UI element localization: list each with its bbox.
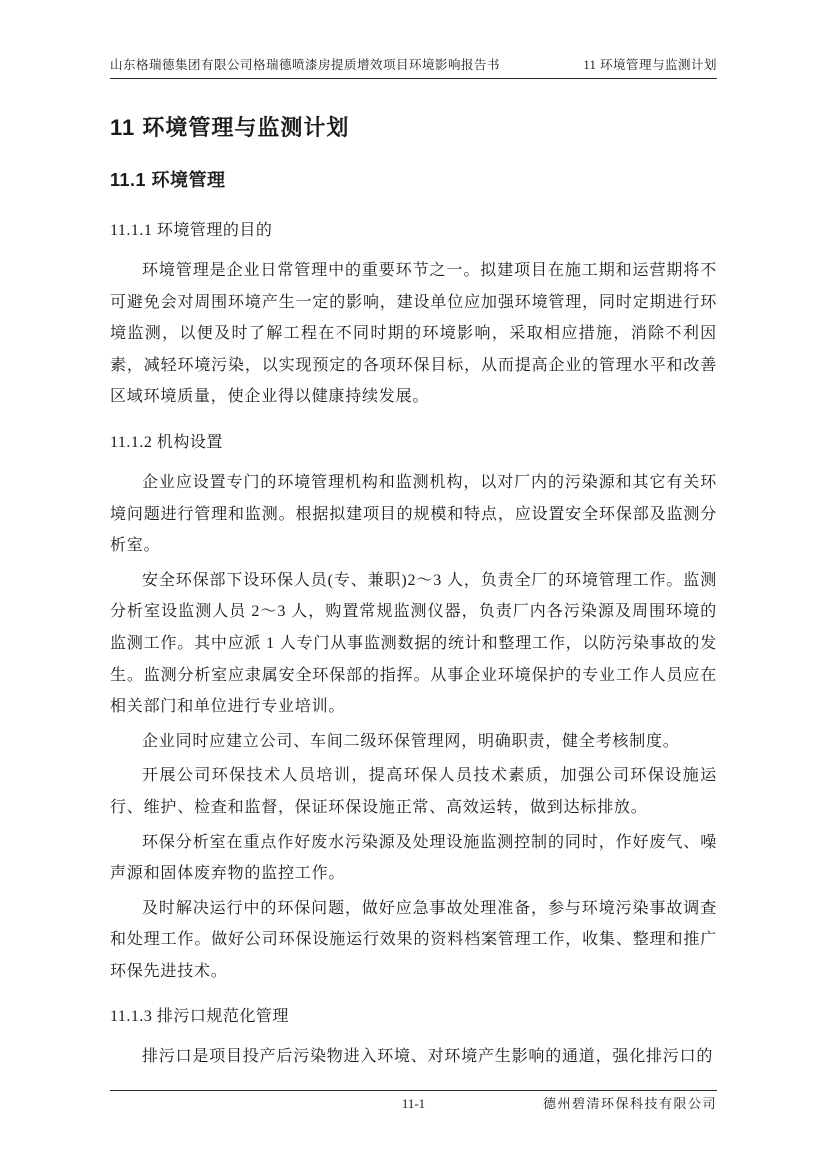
header-report-title: 山东格瑞德集团有限公司格瑞德喷漆房提质增效项目环境影响报告书 xyxy=(110,57,500,73)
paragraph-org-setup-1: 企业应设置专门的环境管理机构和监测机构，以对厂内的污染源和其它有关环境问题进行管… xyxy=(110,467,717,562)
subsection-heading-11-1-1: 11.1.1 环境管理的目的 xyxy=(110,220,717,242)
section-title-11-1: 11.1 环境管理 xyxy=(110,167,717,193)
page-content: 山东格瑞德集团有限公司格瑞德喷漆房提质增效项目环境影响报告书 11 环境管理与监… xyxy=(110,57,717,1076)
header-chapter-label: 11 环境管理与监测计划 xyxy=(583,57,717,73)
paragraph-environment-management-purpose: 环境管理是企业日常管理中的重要环节之一。拟建项目在施工期和运营期将不可避免会对周… xyxy=(110,255,717,413)
footer-company-name: 德州碧清环保科技有限公司 xyxy=(543,1095,717,1112)
paragraph-org-setup-2: 安全环保部下设环保人员(专、兼职)2～3 人，负责全厂的环境管理工作。监测分析室… xyxy=(110,565,717,723)
paragraph-outfall-management: 排污口是项目投产后污染物进入环境、对环境产生影响的通道，强化排污口的 xyxy=(110,1041,717,1073)
paragraph-org-setup-3: 企业同时应建立公司、车间二级环保管理网，明确职责，健全考核制度。 xyxy=(110,726,717,758)
report-page: 山东格瑞德集团有限公司格瑞德喷漆房提质增效项目环境影响报告书 11 环境管理与监… xyxy=(0,0,827,1169)
subsection-heading-11-1-2: 11.1.2 机构设置 xyxy=(110,432,717,454)
paragraph-org-setup-6: 及时解决运行中的环保问题，做好应急事故处理准备，参与环境污染事故调查和处理工作。… xyxy=(110,893,717,988)
footer-page-number: 11-1 xyxy=(402,1096,425,1111)
subsection-heading-11-1-3: 11.1.3 排污口规范化管理 xyxy=(110,1006,717,1028)
paragraph-org-setup-5: 环保分析室在重点作好废水污染源及处理设施监测控制的同时，作好废气、噪声源和固体废… xyxy=(110,827,717,890)
paragraph-org-setup-4: 开展公司环保技术人员培训，提高环保人员技术素质，加强公司环保设施运行、维护、检查… xyxy=(110,760,717,823)
page-footer: 11-1 德州碧清环保科技有限公司 xyxy=(110,1090,717,1112)
page-header: 山东格瑞德集团有限公司格瑞德喷漆房提质增效项目环境影响报告书 11 环境管理与监… xyxy=(110,57,717,79)
chapter-title: 11 环境管理与监测计划 xyxy=(110,112,717,144)
